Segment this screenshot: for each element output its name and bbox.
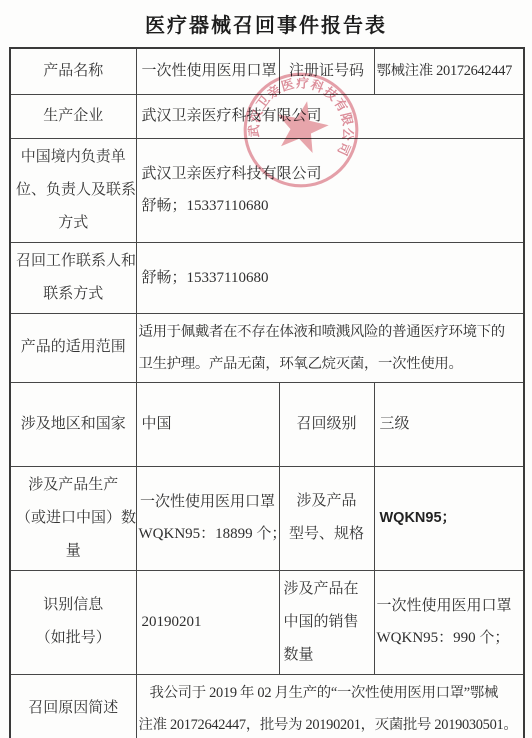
value-line: WQKN95：990 个； — [377, 622, 522, 654]
value-line: 适用于佩戴者在不存在体液和喷溅风险的普通医疗环境下的 — [139, 316, 522, 348]
value-line: 我公司于 2019 年 02 月生产的“一次性使用医用口罩”鄂械 — [139, 677, 522, 709]
value-line: 武汉卫亲医疗科技有限公司 — [142, 158, 519, 190]
label-line: （如批号） — [16, 622, 131, 655]
row-product-name: 产品名称 一次性使用医用口罩 注册证号码 鄂械注准 20172642447 — [10, 48, 524, 94]
row-regions-level: 涉及地区和国家 中国 召回级别 三级 — [10, 382, 524, 466]
regions-text: 中国 — [142, 408, 274, 440]
label-line: 识别信息 — [16, 589, 131, 622]
model-spec-value: WQKN95； — [374, 466, 524, 570]
recall-reason-value: 我公司于 2019 年 02 月生产的“一次性使用医用口罩”鄂械 注准 2017… — [136, 674, 524, 738]
china-responsible-unit-value: 武汉卫亲医疗科技有限公司 舒畅；15337110680 — [136, 138, 524, 242]
product-name-text: 一次性使用医用口罩 — [142, 55, 274, 87]
label-line: 涉及产品在 — [284, 573, 369, 606]
registration-number-text: 鄂械注准 20172642447 — [377, 55, 522, 87]
registration-number-value: 鄂械注准 20172642447 — [374, 48, 524, 94]
identification-label: 识别信息 （如批号） — [10, 570, 136, 674]
production-quantity-value: 一次性使用医用口罩 WQKN95：18899 个； — [136, 466, 279, 570]
china-sales-quantity-label: 涉及产品在 中国的销售 数量 — [279, 570, 374, 674]
value-line: WQKN95：18899 个； — [139, 518, 277, 550]
row-recall-reason: 召回原因简述 我公司于 2019 年 02 月生产的“一次性使用医用口罩”鄂械 … — [10, 674, 524, 738]
product-scope-label: 产品的适用范围 — [10, 313, 136, 382]
product-name-value: 一次性使用医用口罩 — [136, 48, 279, 94]
row-product-scope: 产品的适用范围 适用于佩戴者在不存在体液和喷溅风险的普通医疗环境下的 卫生护理。… — [10, 313, 524, 382]
value-line: 卫生护理。产品无菌，环氧乙烷灭菌，一次性使用。 — [139, 348, 522, 380]
label-line: 召回工作联系人和 — [16, 245, 131, 278]
label-line: （或进口中国）数 — [16, 502, 131, 535]
label-line: 量 — [16, 535, 131, 568]
recall-contact-text: 舒畅；15337110680 — [142, 262, 519, 294]
label-line: 方式 — [16, 207, 131, 240]
recall-report-table: 产品名称 一次性使用医用口罩 注册证号码 鄂械注准 20172642447 生产… — [9, 47, 525, 738]
label-line: 涉及产品生产 — [16, 469, 131, 502]
value-line: 注准 20172642447，批号为 20190201，灭菌批号 2019030… — [139, 709, 522, 738]
identification-text: 20190201 — [142, 606, 274, 638]
china-sales-quantity-value: 一次性使用医用口罩 WQKN95：990 个； — [374, 570, 524, 674]
row-china-responsible: 中国境内负责单 位、负责人及联系 方式 武汉卫亲医疗科技有限公司 舒畅；1533… — [10, 138, 524, 242]
regions-value: 中国 — [136, 382, 279, 466]
row-recall-contact: 召回工作联系人和 联系方式 舒畅；15337110680 — [10, 242, 524, 313]
model-spec-label: 涉及产品 型号、规格 — [279, 466, 374, 570]
recall-reason-label: 召回原因简述 — [10, 674, 136, 738]
model-spec-text: WQKN95； — [380, 502, 519, 534]
manufacturer-text: 武汉卫亲医疗科技有限公司 — [142, 100, 519, 132]
recall-level-label: 召回级别 — [279, 382, 374, 466]
recall-contact-label: 召回工作联系人和 联系方式 — [10, 242, 136, 313]
label-line: 型号、规格 — [285, 518, 369, 551]
row-production-quantity: 涉及产品生产 （或进口中国）数 量 一次性使用医用口罩 WQKN95：18899… — [10, 466, 524, 570]
label-line: 位、负责人及联系 — [16, 174, 131, 207]
label-line: 中国境内负责单 — [16, 141, 131, 174]
label-line: 联系方式 — [16, 278, 131, 311]
registration-number-label: 注册证号码 — [279, 48, 374, 94]
product-scope-value: 适用于佩戴者在不存在体液和喷溅风险的普通医疗环境下的 卫生护理。产品无菌，环氧乙… — [136, 313, 524, 382]
manufacturer-value: 武汉卫亲医疗科技有限公司 — [136, 94, 524, 138]
report-page: 医疗器械召回事件报告表 产品名称 一次性使用医用口罩 注册证号码 鄂械注准 20… — [0, 0, 532, 738]
recall-level-text: 三级 — [380, 408, 519, 440]
china-responsible-unit-label: 中国境内负责单 位、负责人及联系 方式 — [10, 138, 136, 242]
label-line: 中国的销售 — [284, 606, 369, 639]
production-quantity-label: 涉及产品生产 （或进口中国）数 量 — [10, 466, 136, 570]
regions-label: 涉及地区和国家 — [10, 382, 136, 466]
identification-value: 20190201 — [136, 570, 279, 674]
label-line: 涉及产品 — [285, 485, 369, 518]
recall-level-value: 三级 — [374, 382, 524, 466]
product-name-label: 产品名称 — [10, 48, 136, 94]
row-manufacturer: 生产企业 武汉卫亲医疗科技有限公司 — [10, 94, 524, 138]
page-title: 医疗器械召回事件报告表 — [0, 0, 532, 38]
value-line: 一次性使用医用口罩 — [377, 590, 522, 622]
value-line: 一次性使用医用口罩 — [139, 486, 277, 518]
value-line: 舒畅；15337110680 — [142, 190, 519, 222]
manufacturer-label: 生产企业 — [10, 94, 136, 138]
recall-contact-value: 舒畅；15337110680 — [136, 242, 524, 313]
row-identification: 识别信息 （如批号） 20190201 涉及产品在 中国的销售 数量 一次性使用… — [10, 570, 524, 674]
label-line: 数量 — [284, 639, 369, 672]
